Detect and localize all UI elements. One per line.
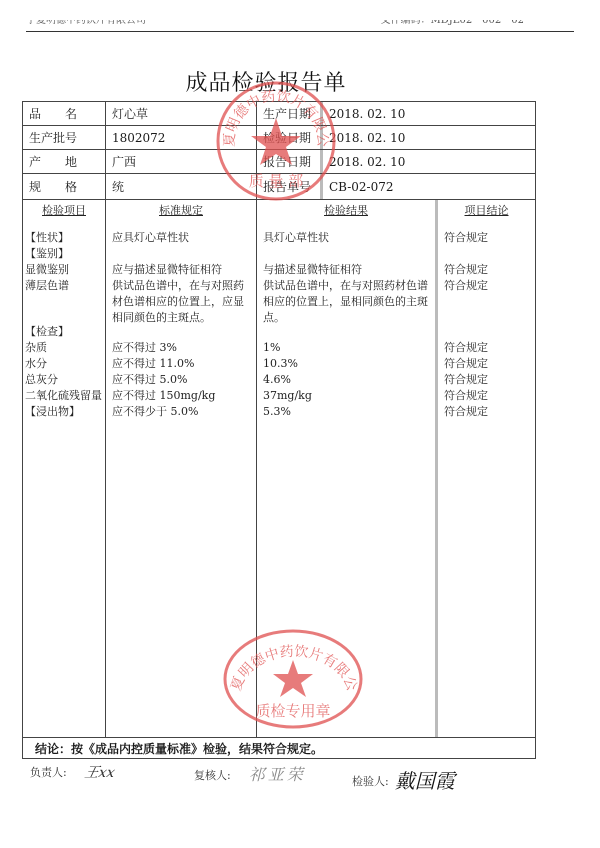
test-standard: 应不得过 5.0%: [112, 372, 187, 388]
column-header-conclusion: 项目结论: [438, 202, 535, 218]
info-value: 统: [106, 174, 257, 199]
test-result: 5.3%: [263, 404, 291, 420]
inspector-label: 检验人:: [352, 773, 389, 789]
reviewer-signature: 祁亚荣: [249, 762, 306, 785]
info-row: 品 名 灯心草 生产日期 2018. 02. 10: [23, 102, 535, 126]
final-conclusion: 结论：按《成品内控质量标准》检验，结果符合规定。: [23, 738, 535, 758]
column-header-result: 检验结果: [257, 202, 435, 218]
test-conclusion: 符合规定: [444, 388, 488, 404]
test-result: 37mg/kg: [263, 388, 312, 404]
info-label: 规 格: [23, 174, 106, 199]
test-result: 具灯心草性状: [263, 230, 329, 246]
test-item: 水分: [25, 356, 47, 372]
header-rule: [26, 31, 574, 32]
info-label: 检验日期: [257, 126, 323, 149]
info-value: 2018. 02. 10: [323, 102, 535, 125]
info-label: 生产日期: [257, 102, 323, 125]
info-label: 报告单号: [257, 174, 323, 199]
test-item: 总灰分: [25, 372, 58, 388]
report-table: 品 名 灯心草 生产日期 2018. 02. 10 生产批号 1802072 检…: [22, 101, 536, 759]
test-conclusion: 符合规定: [444, 372, 488, 388]
column-item: 检验项目 【性状】 【鉴别】 显微鉴别 薄层色谱 【检查】 杂质 水分 总灰分 …: [23, 200, 106, 737]
test-standard: 应不得过 3%: [112, 340, 177, 356]
test-standard: 供试品色谱中，在与对照药材色谱相应的位置上，应显相同颜色的主斑点。: [112, 278, 252, 326]
test-result: 10.3%: [263, 356, 298, 372]
info-value: 灯心草: [106, 102, 257, 125]
reviewer-label: 复核人:: [194, 767, 231, 783]
test-result: 与描述显微特征相符: [263, 262, 362, 278]
test-item: 薄层色谱: [25, 278, 69, 294]
info-row: 生产批号 1802072 检验日期 2018. 02. 10: [23, 126, 535, 150]
test-standard: 应不得少于 5.0%: [112, 404, 198, 420]
test-item: 【性状】: [25, 230, 69, 246]
test-item: 【浸出物】: [25, 404, 80, 420]
test-item: 【检查】: [25, 324, 69, 340]
signature-responsible: 负责人: 王xx: [30, 760, 115, 780]
test-conclusion: 符合规定: [444, 356, 488, 372]
column-standard: 标准规定 应具灯心草性状 应与描述显微特征相符 供试品色谱中，在与对照药材色谱相…: [106, 200, 257, 737]
info-value: CB-02-072: [323, 174, 535, 199]
test-standard: 应具灯心草性状: [112, 230, 189, 246]
info-row: 规 格 统 报告单号 CB-02-072: [23, 174, 535, 200]
info-label: 生产批号: [23, 126, 106, 149]
test-conclusion: 符合规定: [444, 404, 488, 420]
info-label: 报告日期: [257, 150, 323, 173]
inspector-signature: 戴国霞: [395, 765, 455, 794]
info-label: 品 名: [23, 102, 106, 125]
responsible-label: 负责人:: [30, 764, 67, 780]
test-result: 4.6%: [263, 372, 291, 388]
test-conclusion: 符合规定: [444, 230, 488, 246]
column-header-standard: 标准规定: [106, 202, 256, 218]
tests-area: 检验项目 【性状】 【鉴别】 显微鉴别 薄层色谱 【检查】 杂质 水分 总灰分 …: [23, 200, 535, 738]
test-conclusion: 符合规定: [444, 340, 488, 356]
signature-inspector: 检验人: 戴国霞: [352, 760, 455, 789]
info-label: 产 地: [23, 150, 106, 173]
info-value: 2018. 02. 10: [323, 150, 535, 173]
test-result: 供试品色谱中，在与对照药材色谱相应的位置上，显相同颜色的主斑点。: [263, 278, 431, 326]
test-item: 杂质: [25, 340, 47, 356]
test-item: 【鉴别】: [25, 246, 69, 262]
test-standard: 应不得过 150mg/kg: [112, 388, 215, 404]
column-conclusion: 项目结论 符合规定 符合规定 符合规定 符合规定 符合规定 符合规定 符合规定 …: [438, 200, 535, 737]
test-result: 1%: [263, 340, 280, 356]
test-item: 二氧化硫残留量: [25, 388, 102, 404]
info-value: 2018. 02. 10: [323, 126, 535, 149]
info-value: 广西: [106, 150, 257, 173]
test-standard: 应不得过 11.0%: [112, 356, 194, 372]
test-standard: 应与描述显微特征相符: [112, 262, 222, 278]
column-result: 检验结果 具灯心草性状 与描述显微特征相符 供试品色谱中，在与对照药材色谱相应的…: [257, 200, 438, 737]
responsible-signature: 王xx: [83, 762, 117, 782]
info-row: 产 地 广西 报告日期 2018. 02. 10: [23, 150, 535, 174]
test-item: 显微鉴别: [25, 262, 69, 278]
page-title: 成品检验报告单: [0, 66, 600, 97]
info-value: 1802072: [106, 126, 257, 149]
test-conclusion: 符合规定: [444, 262, 488, 278]
signature-reviewer: 复核人: 祁亚荣: [194, 760, 306, 783]
column-header-item: 检验项目: [23, 202, 105, 218]
test-conclusion: 符合规定: [444, 278, 488, 294]
